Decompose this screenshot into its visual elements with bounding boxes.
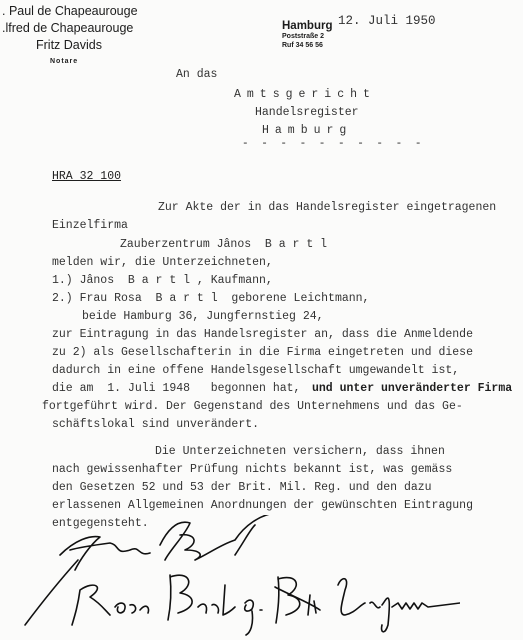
partner-1: 1.) Jânos B a r t l , Kaufmann, (52, 274, 273, 287)
body-line: zu 2) als Gesellschafterin in die Firma … (52, 346, 473, 359)
company-name: Zauberzentrum Jânos B a r t l (120, 238, 327, 251)
recipient-underline: - - - - - - - - - - (242, 138, 424, 150)
body-line: Zur Akte der in das Handelsregister eing… (158, 201, 496, 214)
body-line: Die Unterzeichneten versichern, dass ihn… (155, 445, 445, 458)
recipient-city: Hamburg (262, 124, 352, 137)
recipient-court: Amtsgericht (234, 88, 376, 101)
notary-title: Notare (50, 58, 78, 65)
register-reference: HRA 32 100 (52, 170, 121, 183)
office-phone: Ruf 34 56 56 (282, 42, 323, 49)
handwritten-signatures (20, 515, 460, 640)
body-line: schäftslokal sind unverändert. (52, 418, 259, 431)
notary-name-2: .lfred de Chapeaurouge (2, 21, 133, 35)
body-line: erlassenen Allgemeinen Anordnungen der g… (52, 499, 473, 512)
body-line: Der Gegenstand des Unternehmens und das … (166, 400, 463, 413)
letter-page: . Paul de Chapeaurouge .lfred de Chapeau… (0, 0, 523, 640)
notary-name-3: Fritz Davids (36, 38, 102, 52)
body-line: den Gesetzen 52 und 53 der Brit. Mil. Re… (52, 481, 432, 494)
body-line: beide Hamburg 36, Jungfernstieg 24, (82, 310, 324, 323)
body-line: dadurch in eine offene Handelsgesellscha… (52, 364, 459, 377)
body-line: Einzelfirma (52, 219, 128, 232)
body-line: fortgeführt wird. (42, 400, 159, 413)
body-line: zur Eintragung in das Handelsregister an… (52, 328, 473, 341)
office-city: Hamburg (282, 20, 332, 32)
recipient-salutation: An das (176, 68, 217, 81)
letter-date: 12. Juli 1950 (338, 14, 436, 28)
office-street: Poststraße 2 (282, 33, 324, 40)
notary-name-1: . Paul de Chapeaurouge (2, 4, 138, 18)
partner-2: 2.) Frau Rosa B a r t l geborene Leichtm… (52, 292, 369, 305)
body-line: nach gewissenhafter Prüfung nichts bekan… (52, 463, 452, 476)
body-line: die am 1. Juli 1948 begonnen hat, (52, 382, 300, 395)
recipient-register: Handelsregister (255, 106, 359, 119)
body-line: melden wir, die Unterzeichneten, (52, 256, 273, 269)
body-insertion: und unter unveränderter Firma (312, 382, 512, 395)
